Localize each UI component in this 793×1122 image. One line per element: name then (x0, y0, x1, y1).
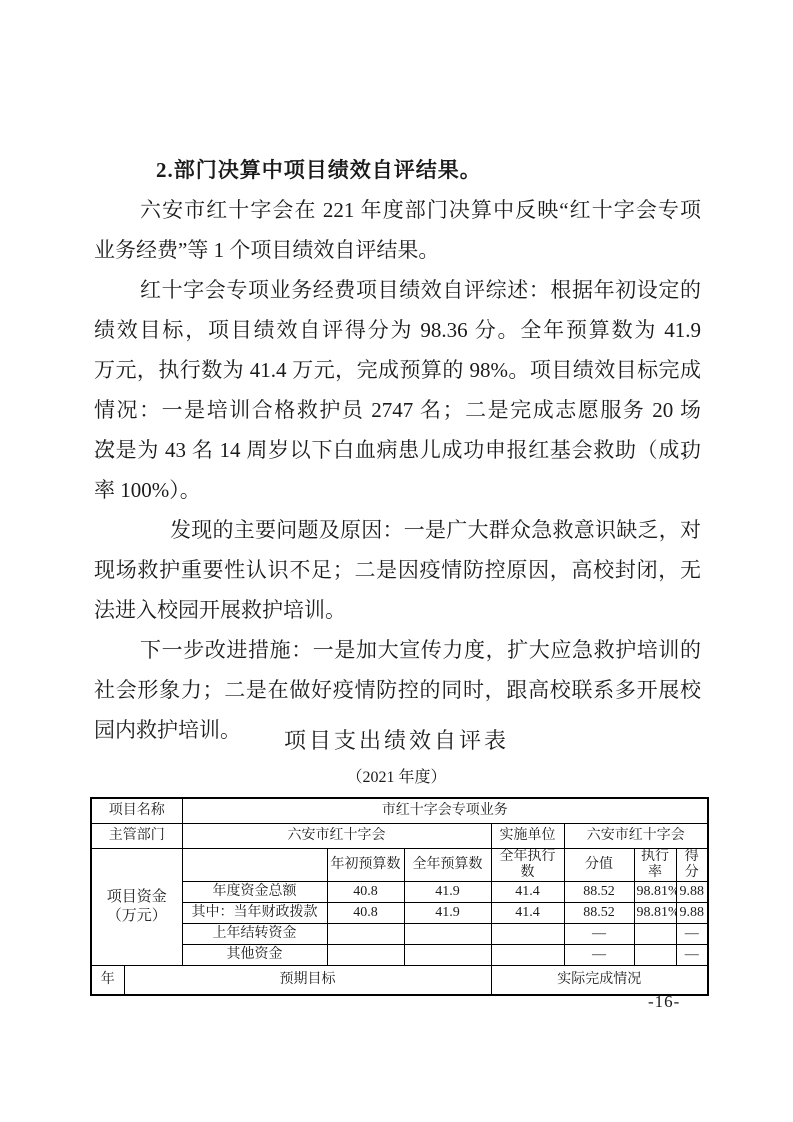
table-row: 项目资金 （万元） 年初预算数 全年预算数 全年执行数 分值 执行率 得分 (91, 849, 708, 882)
table-row: 上年结转资金 — — (91, 924, 708, 945)
expected-goal-header: 预期目标 (124, 966, 491, 996)
col-header-score-value: 分值 (564, 849, 634, 882)
table-row: 其中：当年财政拨款 40.8 41.9 41.4 88.52 98.81% 9.… (91, 903, 708, 924)
cell-value (491, 924, 564, 945)
row-label-fiscal-allocation: 其中：当年财政拨款 (182, 903, 327, 924)
table-row: 主管部门 六安市红十字会 实施单位 六安市红十字会 (91, 824, 708, 849)
col-header-initial-budget: 年初预算数 (327, 849, 404, 882)
empty-cell (182, 849, 327, 882)
actual-completion-header: 实际完成情况 (491, 966, 708, 996)
body-text-line: 社会形象力；二是在做好疫情防控的同时，跟高校联系多开展校 (94, 670, 701, 710)
impl-unit-value: 六安市红十字会 (564, 824, 708, 849)
table-row: 年 预期目标 实际完成情况 (91, 966, 708, 996)
row-label-total-funds: 年度资金总额 (182, 882, 327, 903)
page-number: -16- (648, 992, 680, 1012)
cell-value (491, 945, 564, 966)
cell-value: 88.52 (564, 882, 634, 903)
body-text-line: 万元，执行数为 41.4 万元，完成预算的 98%。项目绩效目标完成 (94, 350, 701, 390)
table-year-subtitle: （2021 年度） (0, 766, 793, 790)
body-text-line: 现场救护重要性认识不足；二是因疫情防控原因，高校封闭，无 (94, 550, 701, 590)
cell-value: — (676, 924, 708, 945)
cell-value: 9.88 (676, 903, 708, 924)
fund-section-label: 项目资金 （万元） (91, 849, 182, 966)
cell-value (404, 945, 491, 966)
table-row: 项目名称 市红十字会专项业务 (91, 798, 708, 824)
cell-value: 98.81% (634, 882, 676, 903)
cell-value: 98.81% (634, 903, 676, 924)
year-label: 年 (91, 966, 124, 996)
dept-value: 六安市红十字会 (182, 824, 491, 849)
cell-value: 41.4 (491, 903, 564, 924)
body-text-line: 法进入校园开展救护培训。 (94, 590, 701, 630)
body-text-line: 下一步改进措施：一是加大宣传力度，扩大应急救护培训的 (94, 630, 701, 670)
body-text-line: 率 100%）。 (94, 470, 701, 510)
fund-label-line2: （万元） (94, 907, 180, 926)
col-header-annual-exec: 全年执行数 (491, 849, 564, 882)
cell-value: 41.9 (404, 882, 491, 903)
row-label-carryover-funds: 上年结转资金 (182, 924, 327, 945)
section-heading: 2.部门决算中项目绩效自评结果。 (94, 150, 701, 190)
impl-unit-label: 实施单位 (491, 824, 564, 849)
body-text-line: 三是为 43 名 14 周岁以下白血病患儿成功申报红基会救助（成功 (94, 430, 701, 470)
body-text-line: 六安市红十字会在 221 年度部门决算中反映“红十字会专项 (94, 190, 701, 230)
project-name-label: 项目名称 (91, 798, 182, 824)
body-text: 2.部门决算中项目绩效自评结果。 六安市红十字会在 221 年度部门决算中反映“… (94, 150, 701, 750)
fund-label-line1: 项目资金 (94, 888, 180, 907)
body-text-line: 绩效目标，项目绩效自评得分为 98.36 分。全年预算数为 41.9 (94, 310, 701, 350)
cell-value: 40.8 (327, 903, 404, 924)
col-header-score: 得分 (676, 849, 708, 882)
performance-self-eval-table: 项目名称 市红十字会专项业务 主管部门 六安市红十字会 实施单位 六安市红十字会… (90, 797, 709, 996)
document-page: { "body": { "lines": [ "2.部门决算中项目绩效自评结果。… (0, 0, 793, 1122)
body-text-line: 发现的主要问题及原因：一是广大群众急救意识缺乏，对 (94, 510, 701, 550)
dept-label: 主管部门 (91, 824, 182, 849)
cell-value (634, 924, 676, 945)
cell-value: — (564, 945, 634, 966)
cell-value (327, 924, 404, 945)
cell-value: 41.4 (491, 882, 564, 903)
cell-value (327, 945, 404, 966)
col-header-annual-budget: 全年预算数 (404, 849, 491, 882)
cell-value: — (564, 924, 634, 945)
cell-value (404, 924, 491, 945)
row-label-other-funds: 其他资金 (182, 945, 327, 966)
table-title: 项目支出绩效自评表 (0, 726, 793, 756)
cell-value: — (676, 945, 708, 966)
body-text-line: 业务经费”等 1 个项目绩效自评结果。 (94, 230, 701, 270)
body-text-line: 情况：一是培训合格救护员 2747 名；二是完成志愿服务 20 场次； (94, 390, 701, 430)
cell-value: 88.52 (564, 903, 634, 924)
cell-value (634, 945, 676, 966)
body-text-line: 红十字会专项业务经费项目绩效自评综述：根据年初设定的 (94, 270, 701, 310)
cell-value: 41.9 (404, 903, 491, 924)
table-row: 其他资金 — — (91, 945, 708, 966)
cell-value: 9.88 (676, 882, 708, 903)
col-header-exec-rate: 执行率 (634, 849, 676, 882)
table-row: 年度资金总额 40.8 41.9 41.4 88.52 98.81% 9.88 (91, 882, 708, 903)
project-name-value: 市红十字会专项业务 (182, 798, 708, 824)
cell-value: 40.8 (327, 882, 404, 903)
